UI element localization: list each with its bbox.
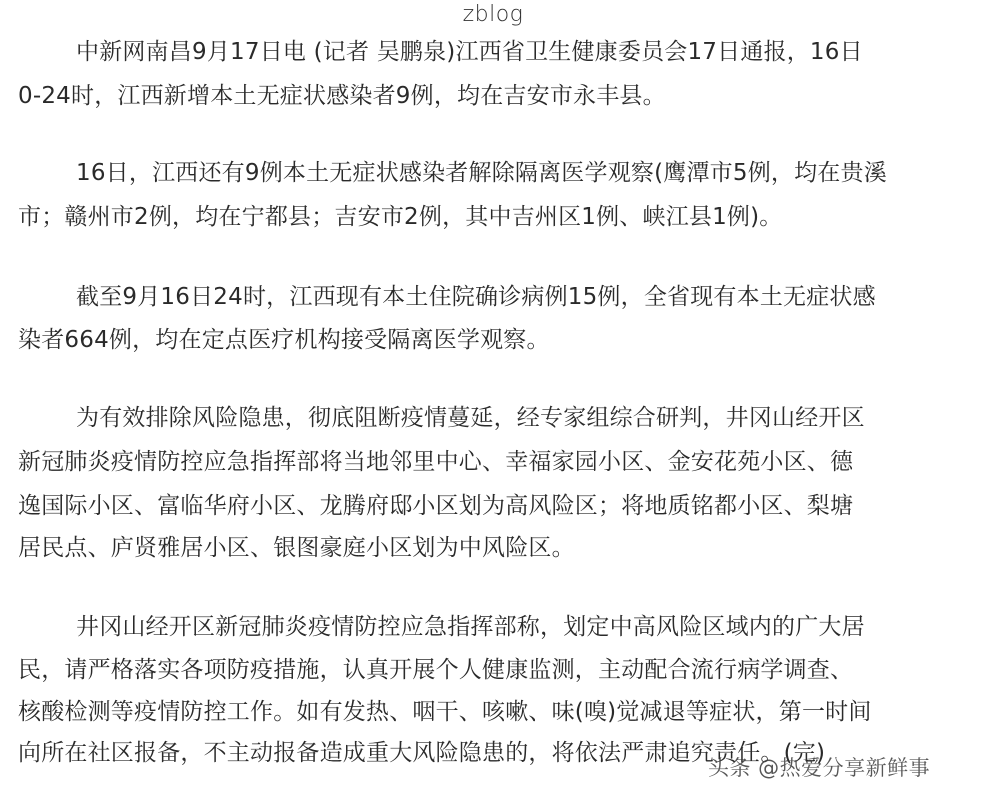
paragraph-line: 中新网南昌9月17日电 (记者 吴鹏泉)江西省卫生健康委员会17日通报，16日 xyxy=(76,37,863,67)
paragraph-line: 居民点、庐贤雅居小区、银图豪庭小区划为中风险区。 xyxy=(18,533,575,563)
paragraph-line: 16日，江西还有9例本土无症状感染者解除隔离医学观察(鹰潭市5例，均在贵溪 xyxy=(76,158,887,188)
paragraph-line: 市；赣州市2例，均在宁都县；吉安市2例，其中吉州区1例、峡江县1例)。 xyxy=(18,202,783,232)
paragraph-line: 向所在社区报备，不主动报备造成重大风险隐患的，将依法严肃追究责任。(完) xyxy=(18,738,825,768)
paragraph-line: 井冈山经开区新冠肺炎疫情防控应急指挥部称，划定中高风险区域内的广大居 xyxy=(76,612,865,642)
site-title: zblog xyxy=(0,0,986,30)
paragraph-line: 新冠肺炎疫情防控应急指挥部将当地邻里中心、幸福家园小区、金安花苑小区、德 xyxy=(18,447,853,477)
paragraph-line: 逸国际小区、富临华府小区、龙腾府邸小区划为高风险区；将地质铭都小区、梨塘 xyxy=(18,491,853,521)
paragraph-line: 为有效排除风险隐患，彻底阻断疫情蔓延，经专家组综合研判，井冈山经开区 xyxy=(76,403,865,433)
paragraph-line: 截至9月16日24时，江西现有本土住院确诊病例15例，全省现有本土无症状感 xyxy=(76,282,876,312)
source-watermark: 头条 @热爱分享新鲜事 xyxy=(708,753,930,783)
paragraph-line: 0-24时，江西新增本土无症状感染者9例，均在吉安市永丰县。 xyxy=(18,81,666,111)
paragraph-line: 核酸检测等疫情防控工作。如有发热、咽干、咳嗽、味(嗅)觉减退等症状，第一时间 xyxy=(18,697,872,727)
paragraph-line: 民，请严格落实各项防疫措施，认真开展个人健康监测，主动配合流行病学调查、 xyxy=(18,655,853,685)
paragraph-line: 染者664例，均在定点医疗机构接受隔离医学观察。 xyxy=(18,325,550,355)
